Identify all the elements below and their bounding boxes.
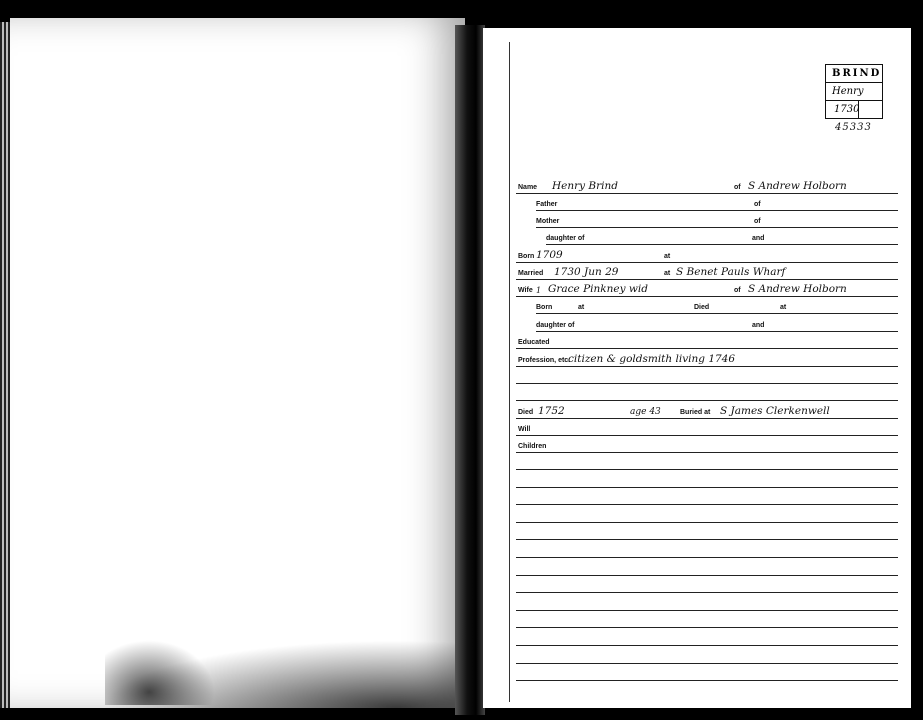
- blank-line: [516, 575, 898, 576]
- wife-and-label: and: [752, 322, 764, 329]
- wife-of-label: of: [734, 287, 741, 294]
- profession-label: Profession, etc.: [518, 357, 570, 364]
- blank-line: [516, 680, 898, 681]
- record-card-page: BRIND Henry 1730 45333 Name Henry Brind …: [483, 28, 911, 708]
- father-of-label: of: [754, 201, 761, 208]
- profession-row: Profession, etc. citizen & goldsmith liv…: [516, 348, 898, 367]
- book-gutter: [455, 25, 485, 715]
- name-label: Name: [518, 184, 537, 191]
- married-value: 1730 Jun 29: [554, 266, 619, 278]
- children-label: Children: [518, 443, 546, 450]
- father-label: Father: [536, 201, 557, 208]
- profession-value: citizen & goldsmith living 1746: [568, 353, 735, 365]
- wife-daughter-of-label: daughter of: [536, 322, 575, 329]
- died-value: 1752: [538, 405, 565, 417]
- died-label: Died: [518, 409, 533, 416]
- buried-label: Buried at: [680, 409, 710, 416]
- blank-line: [516, 539, 898, 540]
- blank-line: [516, 522, 898, 523]
- wife-died-label: Died: [694, 304, 709, 311]
- index-year: 1730: [832, 101, 859, 118]
- born-label: Born: [518, 253, 534, 260]
- born-at-label: at: [664, 253, 670, 260]
- wife-label: Wife: [518, 287, 533, 294]
- index-surname: BRIND: [826, 65, 882, 83]
- name-of-label: of: [734, 184, 741, 191]
- mother-and-label: and: [752, 235, 764, 242]
- mother-of-label: of: [754, 218, 761, 225]
- educated-row: Educated: [516, 330, 898, 349]
- blank-line: [516, 557, 898, 558]
- married-at-value: S Benet Pauls Wharf: [676, 266, 785, 278]
- blank-line: [516, 469, 898, 470]
- died-age: age 43: [630, 407, 661, 417]
- blank-line: [516, 610, 898, 611]
- mother-daughter-of-row: daughter of and: [546, 226, 898, 245]
- index-box: BRIND Henry 1730: [825, 64, 883, 119]
- buried-value: S James Clerkenwell: [720, 405, 830, 417]
- blank-line: [516, 487, 898, 488]
- name-of-value: S Andrew Holborn: [748, 180, 847, 192]
- wife-number: 1: [536, 286, 541, 295]
- left-page-blank: [10, 18, 465, 708]
- born-value: 1709: [536, 249, 563, 261]
- mother-label: Mother: [536, 218, 559, 225]
- blank-line: [516, 592, 898, 593]
- wife-born-label: Born: [536, 304, 552, 311]
- children-row: Children: [516, 434, 898, 453]
- page-shadow-blob: [105, 640, 215, 705]
- index-forename: Henry: [826, 83, 882, 101]
- will-label: Will: [518, 426, 530, 433]
- married-at-label: at: [664, 270, 670, 277]
- blank-line: [516, 383, 898, 384]
- wife-born-at-label: at: [578, 304, 584, 311]
- index-year-row: 1730: [826, 101, 882, 118]
- margin-rule: [509, 42, 510, 702]
- blank-line: [516, 504, 898, 505]
- wife-died-at-label: at: [780, 304, 786, 311]
- blank-line: [516, 627, 898, 628]
- wife-born-row: Born at Died at: [536, 295, 898, 314]
- reference-number: 45333: [835, 122, 872, 133]
- blank-line: [516, 663, 898, 664]
- blank-line: [516, 645, 898, 646]
- wife-of-value: S Andrew Holborn: [748, 283, 847, 295]
- married-label: Married: [518, 270, 543, 277]
- mother-daughter-of-label: daughter of: [546, 235, 585, 242]
- wife-value: Grace Pinkney wid: [548, 283, 648, 295]
- name-value: Henry Brind: [552, 180, 618, 192]
- educated-label: Educated: [518, 339, 550, 346]
